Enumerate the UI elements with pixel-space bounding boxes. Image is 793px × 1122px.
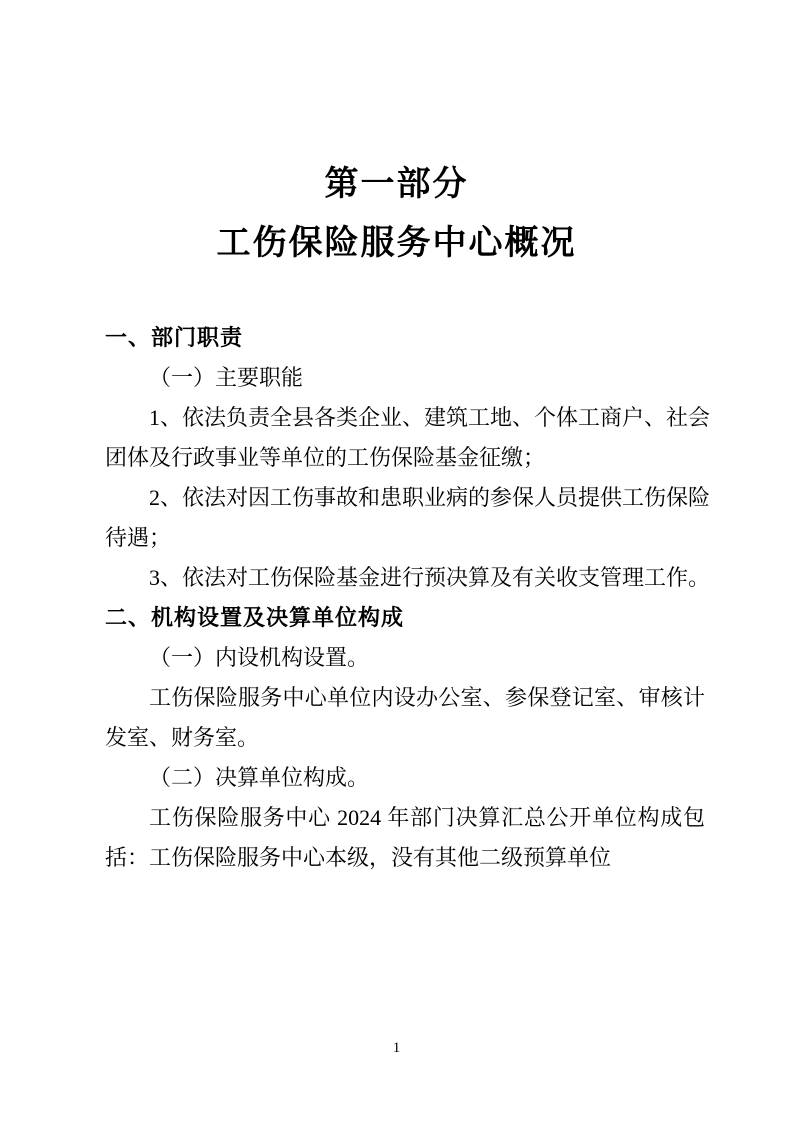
body-line: 括：工伤保险服务中心本级，没有其他二级预算单位 [105, 838, 705, 878]
body-line: 工伤保险服务中心 2024 年部门决算汇总公开单位构成包 [105, 798, 705, 838]
body-line: 待遇； [105, 518, 705, 558]
body-line: （一）内设机构设置。 [105, 638, 705, 678]
body-line: 3、依法对工伤保险基金进行预决算及有关收支管理工作。 [105, 558, 705, 598]
body-line: （一）主要职能 [105, 358, 705, 398]
body-line: 工伤保险服务中心单位内设办公室、参保登记室、审核计 [105, 678, 705, 718]
section-heading-2: 二、机构设置及决算单位构成 [105, 598, 705, 638]
body-line: 团体及行政事业等单位的工伤保险基金征缴； [105, 438, 705, 478]
body-line: （二）决算单位构成。 [105, 758, 705, 798]
section-heading-1: 一、部门职责 [105, 318, 705, 358]
document-title: 第一部分 工伤保险服务中心概况 [0, 0, 793, 273]
document-title-subject: 工伤保险服务中心概况 [0, 214, 793, 273]
body-line: 2、依法对因工伤事故和患职业病的参保人员提供工伤保险 [105, 478, 705, 518]
document-body: 一、部门职责 （一）主要职能 1、依法负责全县各类企业、建筑工地、个体工商户、社… [105, 318, 705, 878]
body-line: 1、依法负责全县各类企业、建筑工地、个体工商户、社会 [105, 398, 705, 438]
page-footer: 1 [0, 1038, 793, 1058]
document-title-part: 第一部分 [0, 155, 793, 214]
body-line: 发室、财务室。 [105, 718, 705, 758]
page-number: 1 [393, 1040, 401, 1056]
document-page: 第一部分 工伤保险服务中心概况 一、部门职责 （一）主要职能 1、依法负责全县各… [0, 0, 793, 1122]
